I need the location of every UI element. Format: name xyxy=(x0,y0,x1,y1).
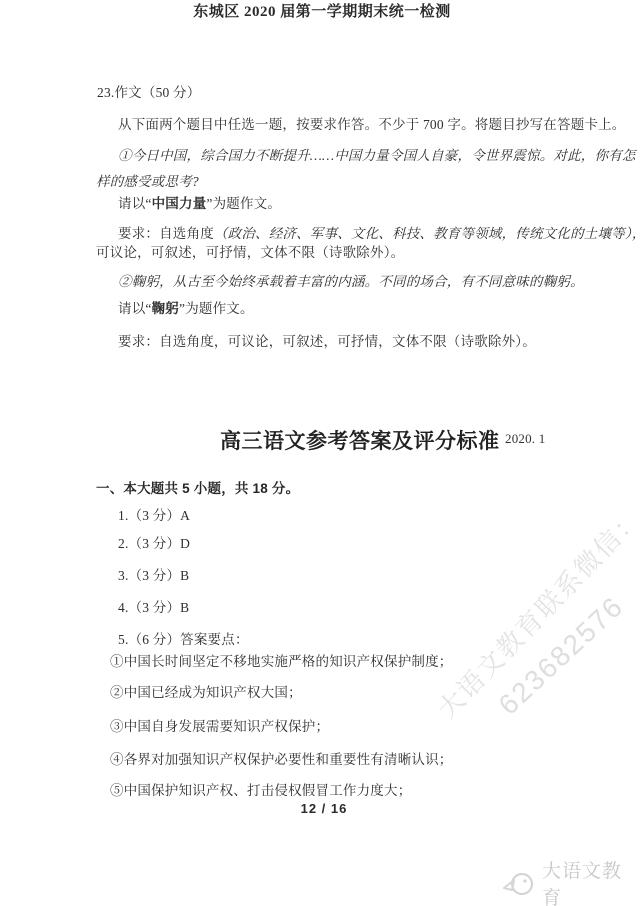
prompt1-title-suffix: ”为题作文。 xyxy=(206,196,281,211)
exam-header: 东城区 2020 届第一学期期末统一检测 xyxy=(0,0,640,21)
q5-point-3: ③中国自身发展需要知识产权保护； xyxy=(110,715,329,735)
prompt1-title-prefix: 请以“ xyxy=(118,196,152,211)
answer-key-date: 2020. 1 xyxy=(505,431,545,447)
prompt1-req-prefix: 要求：自选角度 xyxy=(118,226,214,241)
brand-mark: 大语文教育 xyxy=(500,856,640,906)
prompt2-requirements: 要求：自选角度，可议论，可叙述，可抒情，文体不限（诗歌除外）。 xyxy=(118,330,536,350)
q5-point-5: ⑤中国保护知识产权、打击侵权假冒工作力度大； xyxy=(110,779,411,799)
brand-name: 大语文教育 xyxy=(542,856,640,906)
q5-point-4: ④各界对加强知识产权保护必要性和重要性有清晰认识； xyxy=(110,748,453,768)
prompt1-title-bold: 中国力量 xyxy=(152,196,207,211)
essay-intro: 从下面两个题目中任选一题，按要求作答。不少于 700 字。将题目抄写在答题卡上。 xyxy=(118,113,626,133)
prompt2-title-bold: 鞠躬 xyxy=(152,301,179,316)
prompt2-title-suffix: ”为题作文。 xyxy=(179,301,254,316)
answer-key-title: 高三语文参考答案及评分标准 xyxy=(220,425,500,455)
section-one-heading: 一、本大题共 5 小题，共 18 分。 xyxy=(96,477,299,497)
answer-item-3: 3.（3 分）B xyxy=(118,564,189,584)
watermark-diagonal-text: 大语文教育联系微信： xyxy=(428,495,640,726)
answer-item-1: 1.（3 分）A xyxy=(118,504,190,524)
essay-heading: 23.作文（50 分） xyxy=(97,81,200,101)
prompt1-requirements-line1: 要求：自选角度（政治、经济、军事、文化、科技、教育等领域，传统文化的土壤等）， xyxy=(118,222,640,242)
prompt2-text: ②鞠躬，从古至今始终承载着丰富的内涵。不同的场合，有不同意味的鞠躬。 xyxy=(118,270,584,290)
q5-point-1: ①中国长时间坚定不移地实施严格的知识产权保护制度； xyxy=(110,650,453,670)
prompt1-title-instruction: 请以“中国力量”为题作文。 xyxy=(118,192,281,212)
prompt1-text-line2: 样的感受或思考? xyxy=(96,170,199,190)
q5-point-2: ②中国已经成为知识产权大国； xyxy=(110,681,302,701)
document-page: 大语文教育联系微信： 623682576 23.作文（50 分） 从下面两个题目… xyxy=(0,0,640,906)
prompt2-title-instruction: 请以“鞠躬”为题作文。 xyxy=(118,297,254,317)
prompt2-title-prefix: 请以“ xyxy=(118,301,152,316)
answer-item-5-label: 5.（6 分）答案要点： xyxy=(118,628,249,648)
answer-item-2: 2.（3 分）D xyxy=(118,532,190,552)
brand-bird-icon xyxy=(500,866,538,900)
prompt1-req-scope: （政治、经济、军事、文化、科技、教育等领域，传统文化的土壤等）， xyxy=(214,226,640,241)
prompt1-text-line1: ①今日中国，综合国力不断提升……中国力量令国人自豪，令世界震惊。对此，你有怎 xyxy=(118,144,636,164)
page-number: 12 / 16 xyxy=(0,801,640,816)
answer-item-4: 4.（3 分）B xyxy=(118,596,189,616)
watermark-diagonal-number: 623682576 xyxy=(493,569,640,722)
prompt1-requirements-line2: 可议论，可叙述，可抒情，文体不限（诗歌除外）。 xyxy=(96,241,404,261)
